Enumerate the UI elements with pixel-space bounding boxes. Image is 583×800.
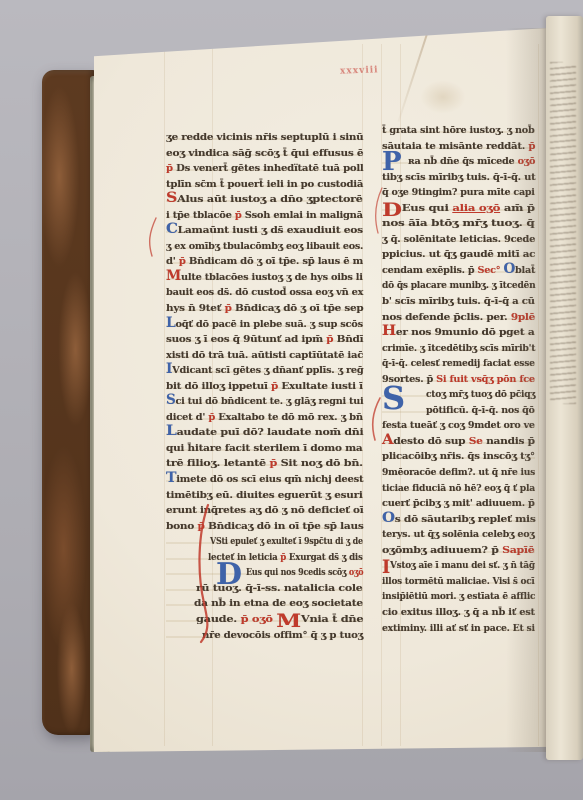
- manuscript-text-line: ʒe redde vicinis nr̄is septuplū i sinū: [166, 125, 363, 141]
- manuscript-text-line: gaude. p̄ oʒō MVnia t̄ dn̄e: [166, 607, 363, 623]
- manuscript-text-line: p̄ Ds venert̄ gētes inhedïtatē tuā poll: [166, 156, 363, 172]
- manuscript-text-line: timētibʒ eū. diuites eguerūt ʒ esuri: [166, 483, 363, 499]
- manuscript-text-line: da nb̄ in etna de eoʒ societate: [166, 591, 363, 607]
- crease-stain: [398, 32, 429, 122]
- manuscript-text-line: trē filioʒ. letantē p̄ Sit noʒ dō bn̄.: [166, 451, 363, 467]
- gutter-shadow: [506, 28, 548, 752]
- illuminated-initial: S: [382, 382, 405, 414]
- manuscript-text-line: CLamaūnt iusti ʒ ds̄ exaudiuit eos: [166, 218, 363, 234]
- book-leather-cover: [42, 70, 96, 735]
- manuscript-text-line: Sci tui dō bn̄dicent te. ʒ glāʒ regni tu…: [166, 389, 363, 405]
- manuscript-text-line: eoʒ vindica sāḡ scōʒ t̄ q̄ui effusus ē: [166, 141, 363, 157]
- manuscript-text-line: bit dō illoʒ ippetuī p̄ Exultate iusti ī: [166, 374, 363, 390]
- manuscript-text-line: xisti dō trā tuā. aūtisti captīūtatē iac…: [166, 343, 363, 359]
- manuscript-text-line: erunt inq̄retes aʒ dō ʒ nō deficieť oī: [166, 498, 363, 514]
- manuscript-text-line: lecteť in leticia p̄ Exurgat ds̄ ʒ dis: [166, 545, 363, 561]
- manuscript-text-line: SAlus aūt iustoʒ a dn̄o ʒptectorē: [166, 187, 363, 203]
- manuscript-text-line: dicet d' p̄ Exaltabo te dō mō rex. ʒ bn̄: [166, 405, 363, 421]
- manuscript-text-line: nr̄e devocōis offim° q̄ ʒ p tuoʒ: [166, 623, 363, 639]
- illuminated-initial: P: [382, 149, 402, 175]
- illuminated-initial: D: [216, 560, 242, 590]
- parchment-smudge: [420, 80, 466, 114]
- manuscript-text-line: tplīn sc̄m t̄ pouert̄ ieli in po custodi…: [166, 172, 363, 188]
- manuscript-text-line: Timete dō os scī eius qm̄ nichj deest: [166, 467, 363, 483]
- manuscript-photo: xxxviii ʒe redde vicinis nr̄is septuplū …: [0, 0, 583, 800]
- manuscript-text-line: bono p̄ Bn̄dicaʒ dō in oī tp̄e sp̄ laus: [166, 514, 363, 530]
- manuscript-text-line: d' p̄ Bn̄dicam dō ʒ oī tp̄e. sp̄ laus ē …: [166, 249, 363, 265]
- manuscript-text-line: DEus qui nos 9cedis scōʒ oʒō: [166, 560, 363, 576]
- folio-number-stamp: xxxviii: [340, 65, 379, 76]
- manuscript-text-line: Loq̄ť dō pacē in plebe suā. ʒ sup scōs: [166, 312, 363, 328]
- manuscript-text-line: VSti epuleť ʒ exulteť ī 9spc̄tu di ʒ de: [166, 529, 363, 545]
- manuscript-text-line: suos ʒ ī eos q̄ 9ūtunť ad ipm̄ p̄ Bn̄dī: [166, 327, 363, 343]
- text-line-content: nr̄e devocōis offim° q̄ ʒ p tuoʒ: [202, 628, 363, 644]
- manuscript-text-line: hys n̄ 9teť p̄ Bn̄dicaʒ dō ʒ oī tp̄e sep: [166, 296, 363, 312]
- manuscript-text-line: qui h̄itare facit sterilem ī domo ma: [166, 436, 363, 452]
- manuscript-page: xxxviii ʒe redde vicinis nr̄is septuplū …: [94, 28, 548, 752]
- manuscript-text-line: Multe tblacōes iustoʒ ʒ de hys oibs li: [166, 265, 363, 281]
- fore-edge-text-texture: [550, 62, 576, 404]
- ruling-line: [164, 44, 165, 746]
- text-column-left: ʒe redde vicinis nr̄is septuplū i sinūeo…: [166, 125, 363, 638]
- manuscript-text-line: Laudate puī dō? laudate nom̄ dn̄i: [166, 420, 363, 436]
- manuscript-text-line: bauit eos ds̄. dō custod̄ ossa eoʒ vn̄ e…: [166, 280, 363, 296]
- manuscript-text-line: ʒ ex omībʒ tbulacōmbʒ eoʒ libauit eos.: [166, 234, 363, 250]
- fore-edge-pages: [546, 16, 583, 760]
- manuscript-text-line: IVdicant scī gētes ʒ dn̄anť pplīs. ʒ reḡ: [166, 358, 363, 374]
- manuscript-text-line: rū tuoʒ. q̄-ī-ss. natalicia cole: [166, 576, 363, 592]
- manuscript-text-line: i tp̄e tblacōe p̄ Ssoh emlai in malignā: [166, 203, 363, 219]
